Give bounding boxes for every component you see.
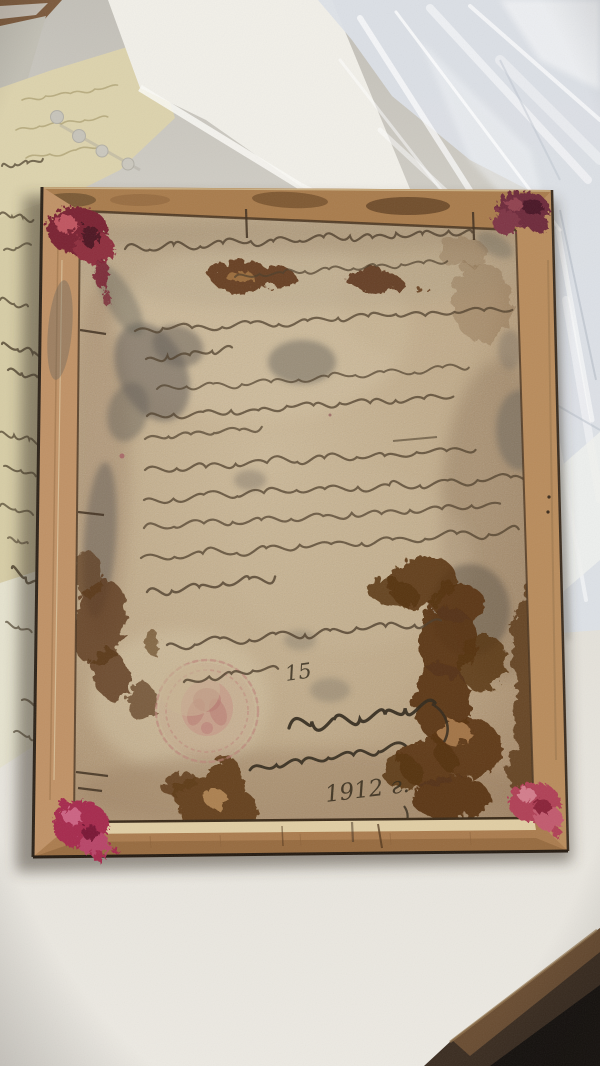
photo-canvas: 15 1912 г. <box>0 0 600 1066</box>
vignette <box>0 0 600 1066</box>
photograph: 15 1912 г. <box>0 0 600 1066</box>
